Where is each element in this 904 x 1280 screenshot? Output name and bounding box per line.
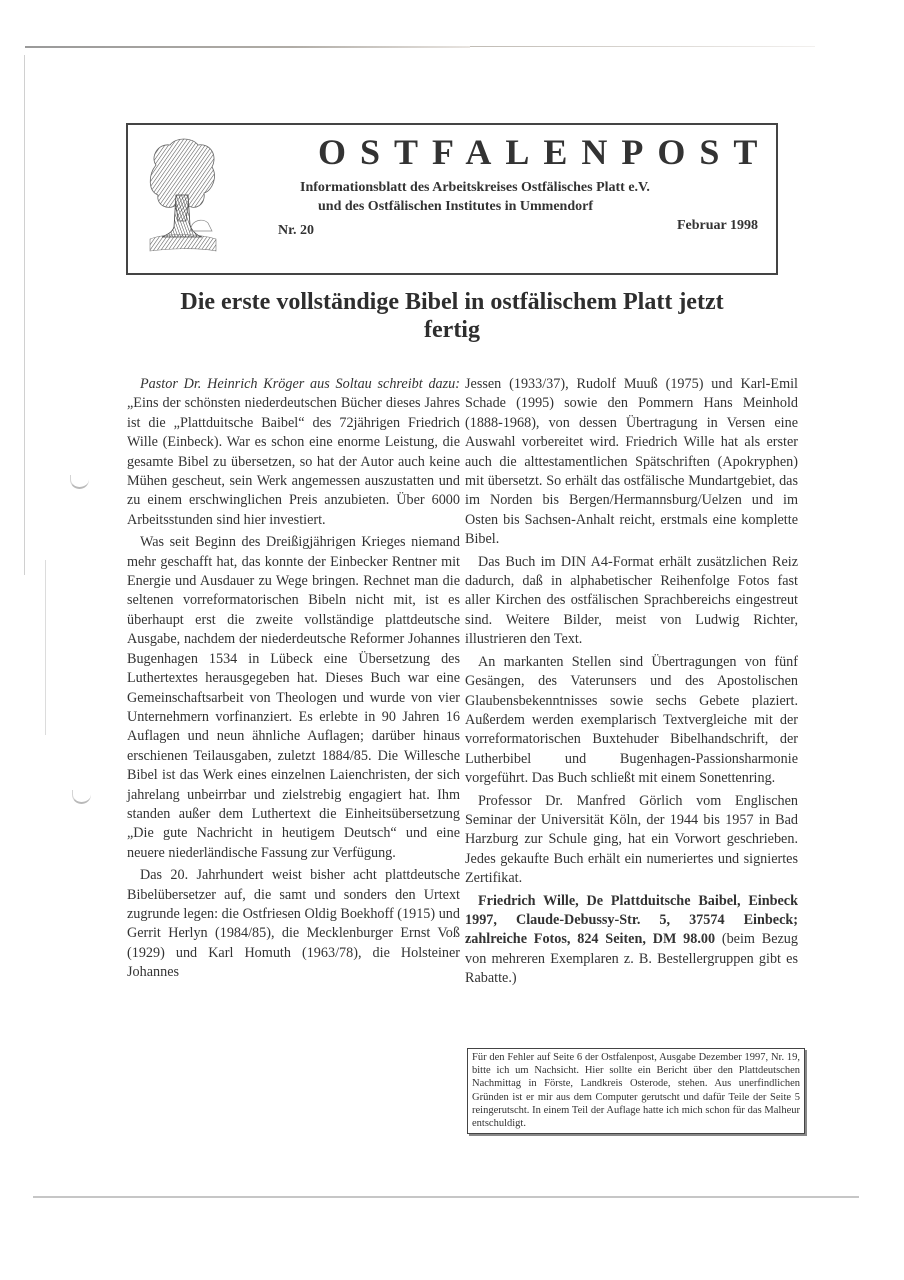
scan-edge-bottom [33,1196,859,1198]
punch-hole-mark [72,790,91,804]
paragraph: Professor Dr. Manfred Görlich vom Englis… [465,792,798,889]
paragraph: An markanten Stellen sind Übertragungen … [465,653,798,789]
newsletter-subtitle-line2: und des Ostfälischen Institutes in Ummen… [318,199,593,215]
scan-edge-left-inner [45,560,46,735]
headline-line1: Die erste vollständige Bibel in ostfälis… [126,288,778,316]
newsletter-subtitle-line1: Informationsblatt des Arbeitskreises Ost… [300,180,650,196]
newsletter-title: OSTFALENPOST [318,131,771,173]
book-reference: Friedrich Wille, De Plattduitsche Baibel… [465,892,798,989]
paragraph: Was seit Beginn des Dreißigjährigen Krie… [127,533,460,863]
masthead: OSTFALENPOST Informationsblatt des Arbei… [126,123,778,275]
scan-edge-top [25,46,470,48]
author-lead: Pastor Dr. Heinrich Kröger aus Soltau sc… [140,376,460,392]
paragraph: Jessen (1933/37), Rudolf Muuß (1975) und… [465,375,798,550]
erratum-box: Für den Fehler auf Seite 6 der Ostfalenp… [467,1048,805,1134]
punch-hole-mark [70,475,89,489]
article-headline: Die erste vollständige Bibel in ostfälis… [126,288,778,344]
paragraph-text: „Eins der schönsten niederdeutschen Büch… [127,395,460,527]
tree-engraving-icon [146,135,218,255]
scan-edge-top-fade [470,46,815,47]
paragraph: Das Buch im DIN A4-Format erhält zusätzl… [465,553,798,650]
paragraph: Pastor Dr. Heinrich Kröger aus Soltau sc… [127,375,460,530]
issue-date: Februar 1998 [677,218,758,234]
paragraph: Das 20. Jahrhundert weist bisher acht pl… [127,866,460,982]
headline-line2: fertig [126,316,778,344]
article-column-left: Pastor Dr. Heinrich Kröger aus Soltau sc… [127,375,460,983]
issue-number: Nr. 20 [278,223,314,239]
article-column-right: Jessen (1933/37), Rudolf Muuß (1975) und… [465,375,798,989]
scan-edge-left [24,55,25,575]
